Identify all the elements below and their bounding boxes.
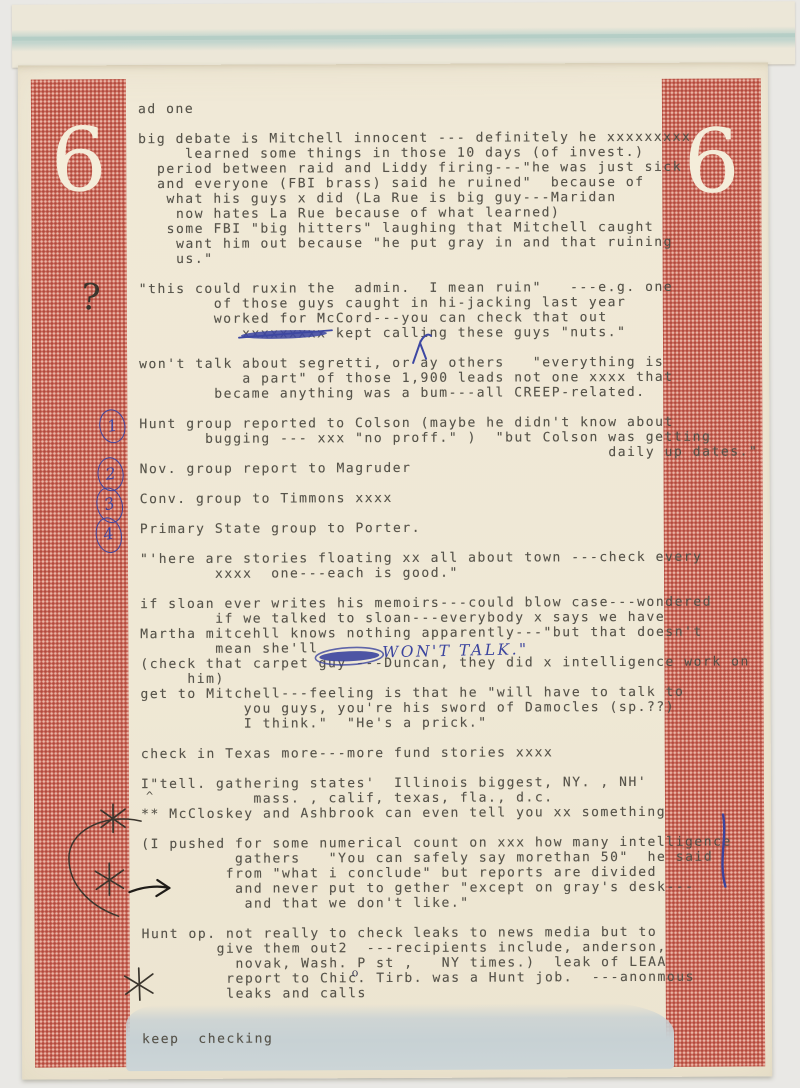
scan-background: 6 6 ad one big debate is Mitchell innoce… <box>0 0 800 1088</box>
back-sheet-strip <box>12 1 795 67</box>
left-page-band: 6 <box>31 79 130 1067</box>
document-page: 6 6 ad one big debate is Mitchell innoce… <box>18 62 772 1079</box>
question-mark-annotation: ? <box>79 277 102 319</box>
inserted-letter-o-annotation: o <box>352 966 359 979</box>
typewritten-text: ad one big debate is Mitchell innocent -… <box>138 99 761 1047</box>
wont-talk-annotation: WON'T TALK." <box>382 640 529 661</box>
page-number-left: 6 <box>31 125 126 195</box>
typed-caret-annotation: ^ <box>146 789 153 803</box>
